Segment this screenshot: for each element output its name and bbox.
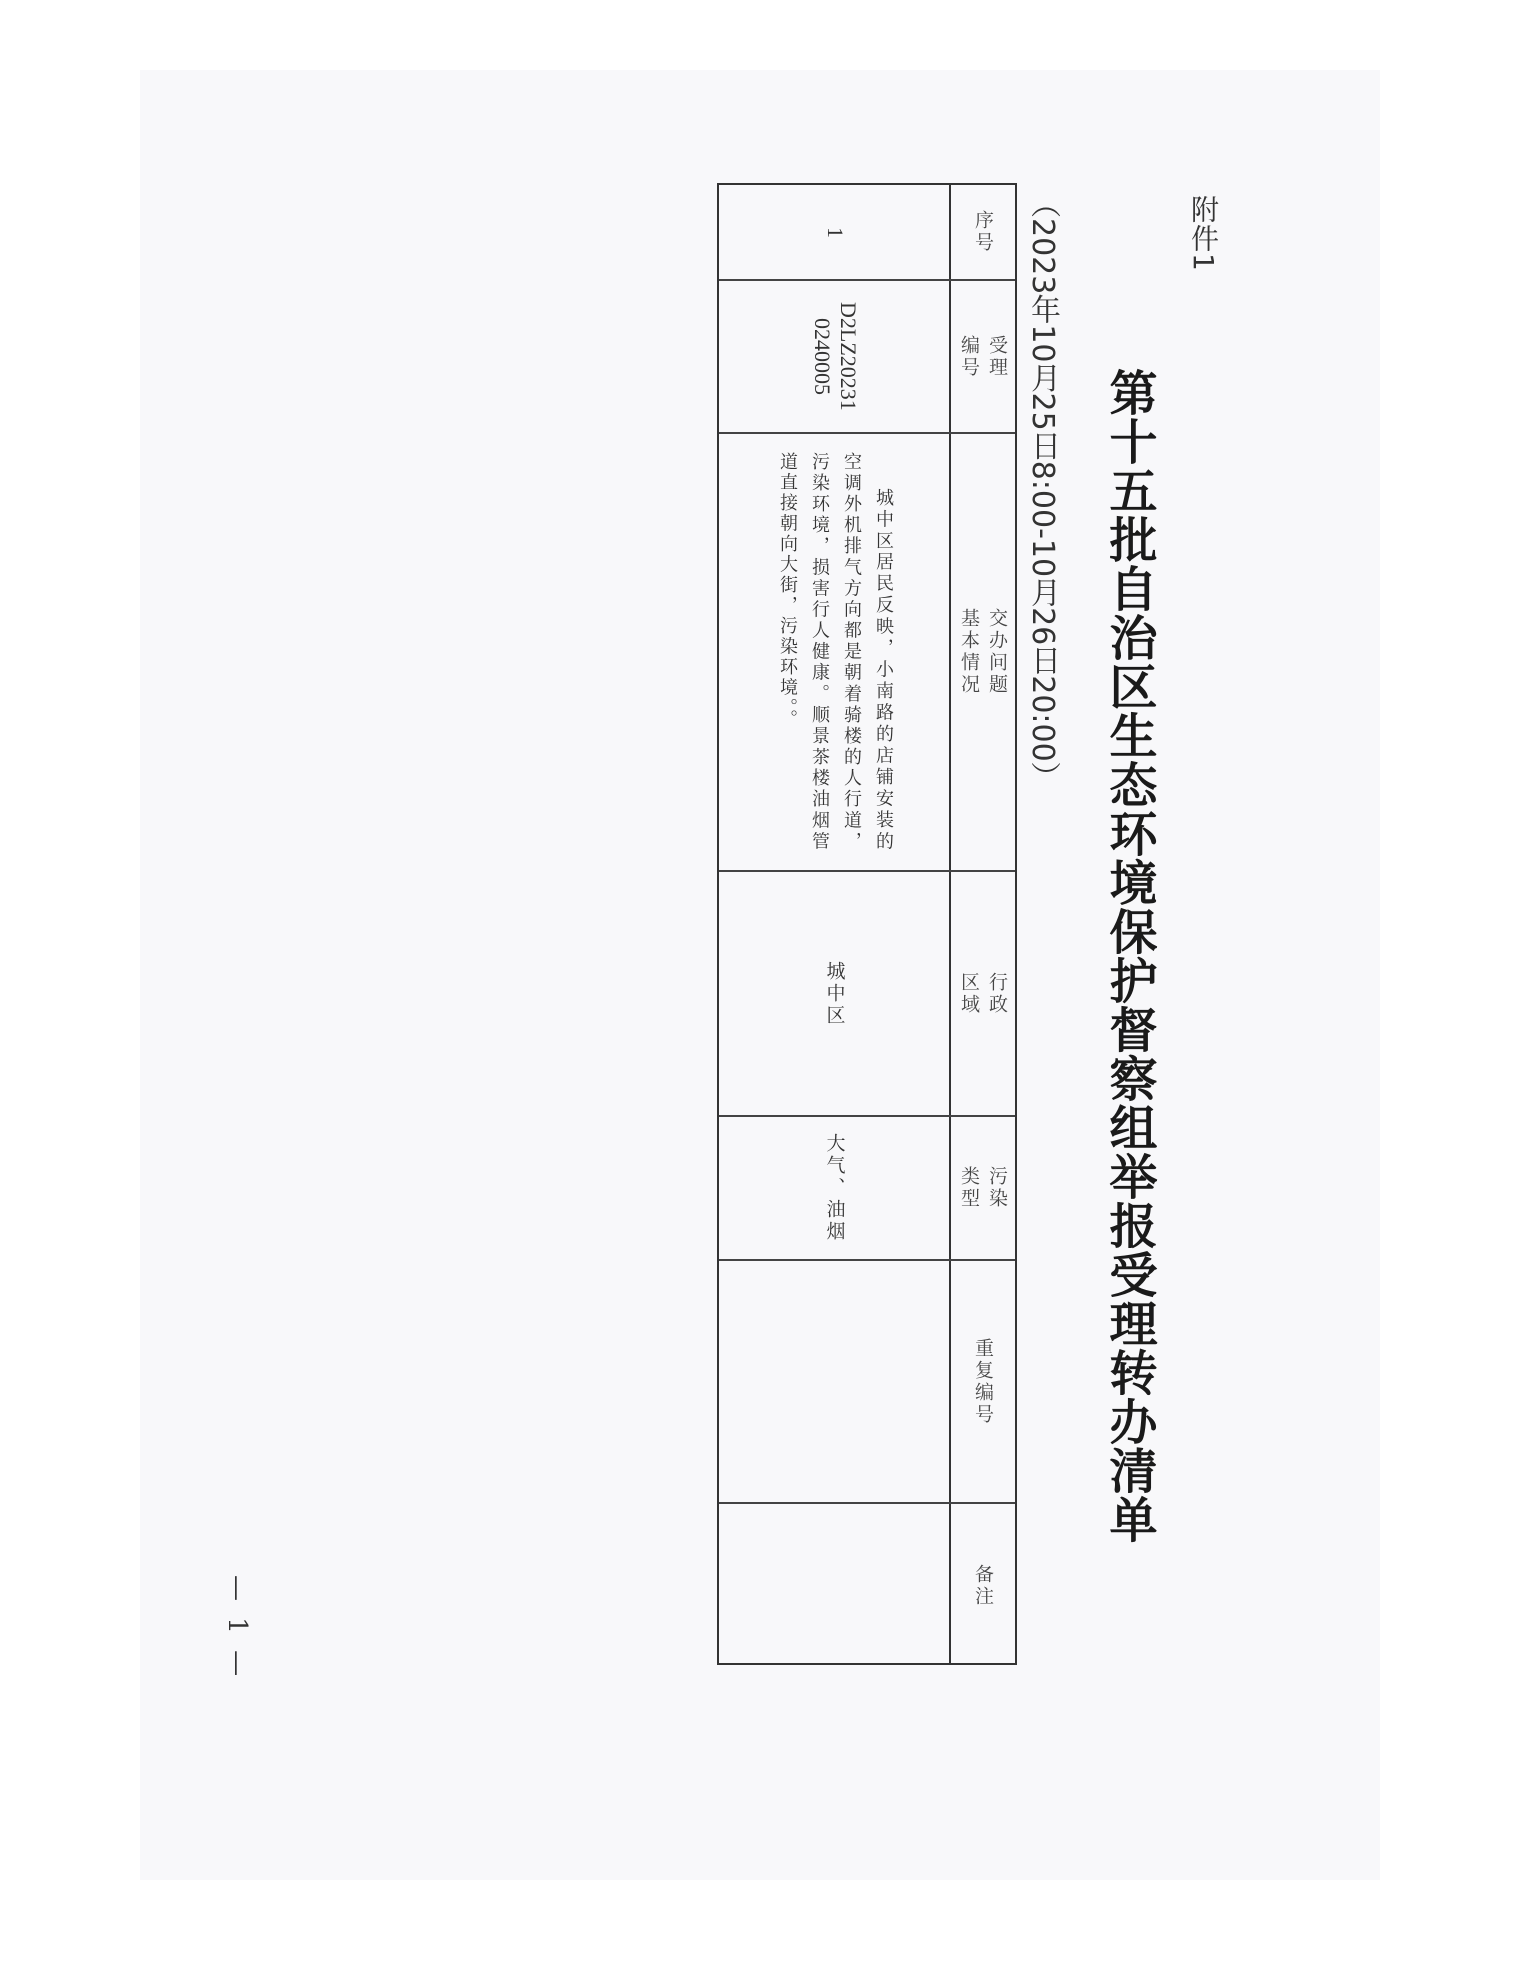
cell-region: 城中区 (719, 870, 951, 1115)
header-cell-index: 序号 (951, 185, 1015, 279)
cell-description: 城中区居民反映，小南路的店铺安装的空调外机排气方向都是朝着骑楼的人行道，污染环境… (719, 432, 951, 870)
assignment-table: 序号 受理 编号 交办问题 基本情况 行政 区域 污染 类型 重复编号 备注 1… (717, 183, 1017, 1665)
cell-duplicate-number (719, 1259, 951, 1502)
header-cell-description: 交办问题 基本情况 (951, 432, 1015, 870)
header-cell-duplicate-number: 重复编号 (951, 1259, 1015, 1502)
attachment-label: 附件1 (1183, 195, 1223, 272)
cell-index: 1 (719, 185, 951, 279)
header-cell-region: 行政 区域 (951, 870, 1015, 1115)
table-header-row: 序号 受理 编号 交办问题 基本情况 行政 区域 污染 类型 重复编号 备注 (949, 185, 1015, 1663)
document-title: 第十五批自治区生态环境保护督察组举报受理转办清单 (1095, 368, 1164, 1544)
page-number: — 1 — (222, 1575, 252, 1680)
table-row: 1 D2LZ20231 0240005 城中区居民反映，小南路的店铺安装的空调外… (719, 185, 951, 1663)
cell-receipt-number: D2LZ20231 0240005 (719, 279, 951, 432)
header-cell-receipt-number: 受理 编号 (951, 279, 1015, 432)
header-cell-remarks: 备注 (951, 1502, 1015, 1667)
header-cell-pollution-type: 污染 类型 (951, 1115, 1015, 1259)
cell-remarks (719, 1502, 951, 1667)
cell-pollution-type: 大气、油烟 (719, 1115, 951, 1259)
document-subtitle: （2023年10月25日8:00-10月26日20:00） (1020, 188, 1064, 792)
